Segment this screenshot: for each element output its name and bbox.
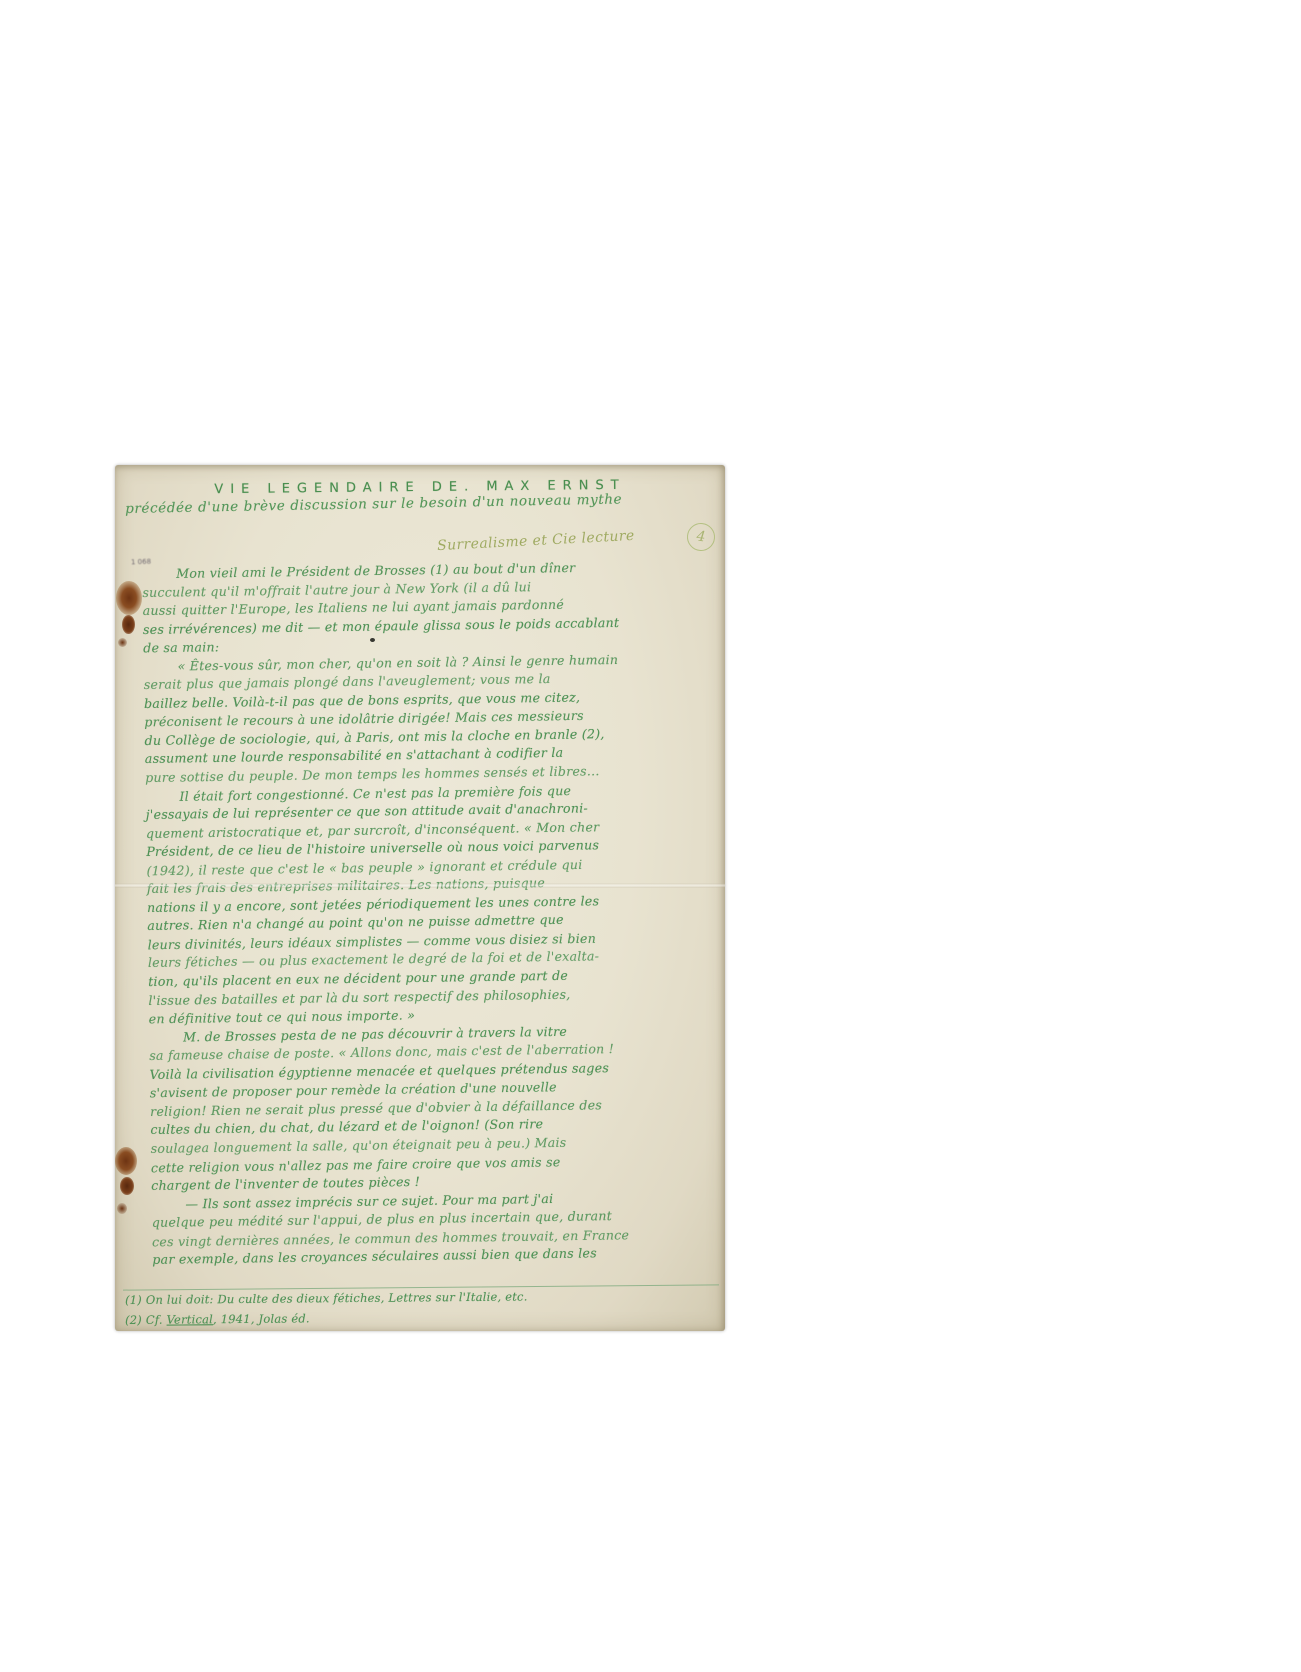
manuscript-paper: VIE LEGENDAIRE DE. MAX ERNST précédée d'…: [115, 465, 725, 1331]
page-number: 4: [696, 529, 707, 546]
scan-page: { "page": { "background_color": "#ffffff…: [0, 0, 1301, 1672]
footnote-2-suffix: , 1941, Jolas éd.: [213, 1311, 310, 1326]
footnote-1: (1) On lui doit: Du culte des dieux féti…: [125, 1289, 528, 1307]
rust-stain: [118, 638, 127, 647]
footnote-2-prefix: (2) Cf.: [125, 1313, 167, 1327]
page-number-circled: 4: [686, 522, 717, 553]
rust-stain: [117, 1203, 127, 1214]
footnote-2-title: Vertical: [167, 1312, 214, 1326]
footnote-2: (2) Cf. Vertical, 1941, Jolas éd.: [125, 1311, 310, 1327]
rust-stain: [116, 581, 142, 615]
rust-stain: [120, 1177, 134, 1195]
manuscript-body: Mon vieil ami le Président de Brosses (1…: [142, 556, 725, 1270]
rust-stain: [122, 615, 135, 634]
pencil-annotation: Surrealisme et Cie lecture: [437, 528, 635, 554]
rust-stain: [115, 1147, 137, 1175]
